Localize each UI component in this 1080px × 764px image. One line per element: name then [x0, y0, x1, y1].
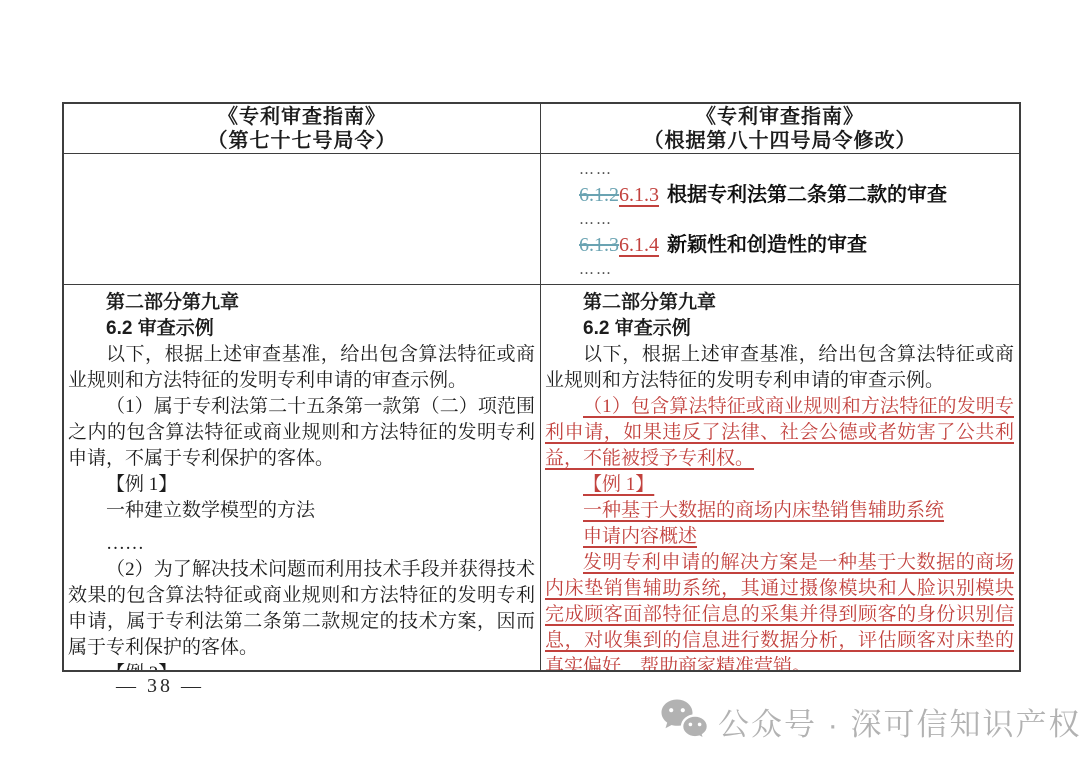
added-paragraph: 申请内容概述 [545, 524, 1014, 550]
row1-old-cell-empty [64, 154, 541, 285]
section-title: 根据专利法第二条第二款的审查 [667, 184, 947, 206]
watermark-footer: 公众号 · 深可信知识产权 [660, 698, 1080, 744]
chapter-heading: 第二部分第九章 [545, 290, 1014, 316]
paragraph: 以下，根据上述审查基准，给出包含算法特征或商业规则和方法特征的发明专利申请的审查… [68, 342, 535, 394]
paragraph: （1）属于专利法第二十五条第一款第（二）项范围之内的包含算法特征或商业规则和方法… [68, 394, 535, 472]
document-page: 《专利审查指南》 （第七十七号局令） 《专利审查指南》 （根据第八十四号局令修改… [0, 0, 1080, 764]
row1-new-cell-amendments: …… 6.1.26.1.3根据专利法第二条第二款的审查 …… 6.1.36.1.… [541, 154, 1019, 285]
section-title: 新颖性和创造性的审查 [667, 234, 867, 256]
ellipsis: …… [579, 163, 1011, 176]
added-example-label: 【例 1】 [545, 472, 1014, 498]
example-label: 【例 2】 [68, 661, 535, 670]
amendment-line-2: 6.1.36.1.4新颖性和创造性的审查 [579, 232, 1011, 258]
header-cell-new-version: 《专利审查指南》 （根据第八十四号局令修改） [541, 104, 1019, 154]
chapter-heading: 第二部分第九章 [68, 290, 535, 316]
section-heading: 6.2 审查示例 [68, 316, 535, 342]
example-label: 【例 1】 [68, 472, 535, 498]
added-paragraph: （1）包含算法特征或商业规则和方法特征的发明专利申请，如果违反了法律、社会公德或… [545, 394, 1014, 472]
paragraph: （2）为了解决技术问题而利用技术手段并获得技术效果的包含算法特征或商业规则和方法… [68, 557, 535, 661]
wechat-icon [660, 698, 710, 744]
ellipsis: …… [68, 531, 535, 557]
header-cell-old-version: 《专利审查指南》 （第七十七号局令） [64, 104, 541, 154]
paragraph: 以下，根据上述审查基准，给出包含算法特征或商业规则和方法特征的发明专利申请的审查… [545, 342, 1014, 394]
added-section-number: 6.1.4 [619, 234, 659, 256]
comparison-table: 《专利审查指南》 （第七十七号局令） 《专利审查指南》 （根据第八十四号局令修改… [62, 102, 1021, 672]
amendment-line-1: 6.1.26.1.3根据专利法第二条第二款的审查 [579, 182, 1011, 208]
header-old-title: 《专利审查指南》 [218, 105, 386, 129]
added-paragraph: 一种基于大数据的商场内床垫销售辅助系统 [545, 498, 1014, 524]
section-heading: 6.2 审查示例 [545, 316, 1014, 342]
row2-new-cell: 第二部分第九章 6.2 审查示例 以下，根据上述审查基准，给出包含算法特征或商业… [541, 285, 1019, 670]
deleted-section-number: 6.1.3 [579, 234, 619, 256]
row2-old-cell: 第二部分第九章 6.2 审查示例 以下，根据上述审查基准，给出包含算法特征或商业… [64, 285, 541, 670]
ellipsis: …… [579, 213, 1011, 226]
added-paragraph: 发明专利申请的解决方案是一种基于大数据的商场内床垫销售辅助系统，其通过摄像模块和… [545, 550, 1014, 670]
header-new-subtitle: （根据第八十四号局令修改） [644, 129, 917, 153]
ellipsis: …… [579, 263, 1011, 276]
added-section-number: 6.1.3 [619, 184, 659, 206]
deleted-section-number: 6.1.2 [579, 184, 619, 206]
header-new-title: 《专利审查指南》 [696, 105, 864, 129]
page-number: — 38 — [116, 675, 204, 698]
paragraph: 一种建立数学模型的方法 [68, 498, 535, 524]
watermark-text: 公众号 · 深可信知识产权 [718, 699, 1080, 744]
header-old-subtitle: （第七十七号局令） [208, 129, 397, 153]
